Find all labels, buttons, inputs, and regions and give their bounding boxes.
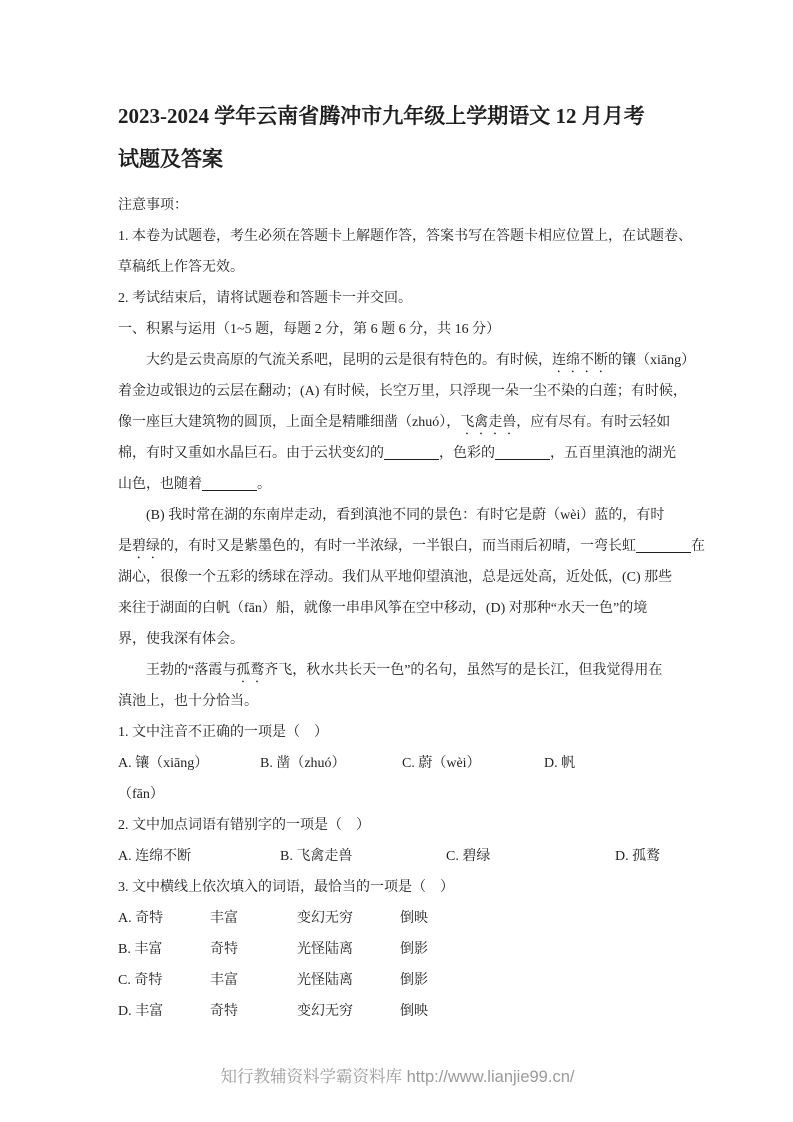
doc-line: 2. 文中加点词语有错别字的一项是（ ）: [118, 810, 677, 841]
text-run: 1. 文中注音不正确的一项是（ ）: [118, 725, 328, 740]
document-body: 注意事项：1. 本卷为试题卷，考生必须在答题卡上解题作答，答案书写在答题卡相应位…: [118, 190, 677, 1027]
text-run: ，色彩的: [439, 446, 495, 461]
doc-line: 来往于湖面的白帆（fān）船，就像一串串风筝在空中移动，(D) 对那种“水天一色…: [118, 593, 677, 624]
text-run: 3. 文中横线上依次填入的词语，最恰当的一项是（ ）: [118, 880, 454, 895]
option-cell: A. 奇特: [118, 903, 210, 934]
doc-line: 山色，也随着。: [118, 469, 677, 500]
text-run: (B) 我时常在湖的东南岸走动，看到滇池不同的景色：有时它是蔚（wèi）蓝的，有…: [146, 508, 664, 523]
option-cell: 变幻无穷: [297, 996, 400, 1027]
text-run: 滇池上，也十分恰当。: [118, 694, 258, 709]
option-cell: C. 奇特: [118, 965, 210, 996]
doc-line: 棉，有时又重如水晶巨石。由于云状变幻的，色彩的，五百里滇池的湖光: [118, 438, 677, 469]
doc-line: (B) 我时常在湖的东南岸走动，看到滇池不同的景色：有时它是蔚（wèi）蓝的，有…: [118, 500, 677, 531]
text-run: 棉，有时又重如水晶巨石。由于云状变幻的: [118, 446, 384, 461]
option-row: B. 丰富奇特光怪陆离倒影: [118, 934, 677, 965]
footer-text: 知行教辅资料学霸资料库 http://www.lianjie99.cn/: [118, 1064, 677, 1090]
page-title: 2023-2024 学年云南省腾冲市九年级上学期语文 12 月月考 试题及答案: [118, 95, 677, 181]
exam-document-page: 2023-2024 学年云南省腾冲市九年级上学期语文 12 月月考 试题及答案 …: [0, 0, 793, 1122]
emphasized-text: 碧绿: [132, 539, 160, 554]
doc-line: 王勃的“落霞与孤鹜齐飞，秋水共长天一色”的名句，虽然写的是长江，但我觉得用在: [118, 655, 677, 686]
text-run: （fān）: [118, 787, 164, 802]
option-row: A. 镶（xiāng）B. 凿（zhuó）C. 蔚（wèi）D. 帆: [118, 748, 677, 779]
text-run: 湖心，很像一个五彩的绣球在浮动。我们从平地仰望滇池，总是远处高，近处低，(C) …: [118, 570, 672, 585]
doc-line: 注意事项：: [118, 190, 677, 221]
text-run: 山色，也随着: [118, 477, 202, 492]
option-cell: D. 帆: [544, 748, 575, 779]
option-cell: 奇特: [210, 996, 297, 1027]
doc-line: 湖心，很像一个五彩的绣球在浮动。我们从平地仰望滇池，总是远处高，近处低，(C) …: [118, 562, 677, 593]
text-run: 1. 本卷为试题卷，考生必须在答题卡上解题作答，答案书写在答题卡相应位置上，在试…: [118, 229, 692, 244]
option-cell: A. 连绵不断: [118, 841, 280, 872]
text-run: 着金边或银边的云层在翻动；(A) 有时候，长空万里，只浮现一朵一尘不染的白莲；有…: [118, 384, 687, 399]
doc-line: 草稿纸上作答无效。: [118, 252, 677, 283]
option-row: C. 奇特丰富光怪陆离倒影: [118, 965, 677, 996]
emphasized-text: 连绵不断: [552, 353, 608, 368]
option-cell: 倒影: [400, 934, 428, 965]
text-run: 2. 文中加点词语有错别字的一项是（ ）: [118, 818, 370, 833]
doc-line: 一、积累与运用（1~5 题，每题 2 分，第 6 题 6 分，共 16 分）: [118, 314, 677, 345]
text-run: 界，使我深有体会。: [118, 632, 244, 647]
option-cell: C. 蔚（wèi）: [402, 748, 544, 779]
option-cell: 倒影: [400, 965, 428, 996]
option-cell: B. 凿（zhuó）: [260, 748, 402, 779]
doc-line: 1. 文中注音不正确的一项是（ ）: [118, 717, 677, 748]
doc-line: 3. 文中横线上依次填入的词语，最恰当的一项是（ ）: [118, 872, 677, 903]
text-run: ，五百里滇池的湖光: [550, 446, 676, 461]
option-cell: 倒映: [400, 903, 428, 934]
answer-blank: [384, 446, 439, 460]
option-cell: 倒映: [400, 996, 428, 1027]
text-run: 齐飞，秋水共长天一色”的名句，虽然写的是长江，但我觉得用在: [264, 663, 662, 678]
text-run: 来往于湖面的白帆（fān）船，就像一串串风筝在空中移动，(D) 对那种“水天一色…: [118, 601, 647, 616]
doc-line: 2. 考试结束后，请将试题卷和答题卡一并交回。: [118, 283, 677, 314]
option-row: A. 连绵不断B. 飞禽走兽C. 碧绿D. 孤鹜: [118, 841, 677, 872]
doc-line: （fān）: [118, 779, 677, 810]
page-title-line-2: 试题及答案: [118, 138, 677, 181]
option-cell: 丰富: [210, 903, 297, 934]
answer-blank: [636, 539, 691, 553]
text-run: 像一座巨大建筑物的圆顶，上面全是精雕细凿（zhuó），: [118, 415, 460, 430]
text-run: 2. 考试结束后，请将试题卷和答题卡一并交回。: [118, 291, 412, 306]
text-run: 注意事项：: [118, 198, 188, 213]
option-cell: B. 丰富: [118, 934, 210, 965]
option-cell: B. 飞禽走兽: [280, 841, 446, 872]
doc-line: 大约是云贵高原的气流关系吧，昆明的云是很有特色的。有时候，连绵不断的镶（xiān…: [118, 345, 677, 376]
option-cell: D. 丰富: [118, 996, 210, 1027]
option-row: A. 奇特丰富变幻无穷倒映: [118, 903, 677, 934]
option-cell: 丰富: [210, 965, 297, 996]
doc-line: 界，使我深有体会。: [118, 624, 677, 655]
option-cell: 变幻无穷: [297, 903, 400, 934]
answer-blank: [495, 446, 550, 460]
text-run: 大约是云贵高原的气流关系吧，昆明的云是很有特色的。有时候，: [146, 353, 552, 368]
text-run: 一、积累与运用（1~5 题，每题 2 分，第 6 题 6 分，共 16 分）: [118, 322, 500, 337]
option-cell: A. 镶（xiāng）: [118, 748, 260, 779]
doc-line: 1. 本卷为试题卷，考生必须在答题卡上解题作答，答案书写在答题卡相应位置上，在试…: [118, 221, 677, 252]
text-run: ，应有尽有。有时云轻如: [516, 415, 670, 430]
option-cell: 光怪陆离: [297, 934, 400, 965]
text-run: 的镶（xiāng）: [608, 353, 695, 368]
text-run: 。: [257, 477, 271, 492]
text-run: 的，有时又是紫墨色的，有时一半浓绿，一半银白，而当雨后初晴，一弯长虹: [160, 539, 636, 554]
text-run: 是: [118, 539, 132, 554]
option-cell: D. 孤鹜: [615, 841, 660, 872]
emphasized-text: 飞禽走兽: [460, 415, 516, 430]
option-row: D. 丰富奇特变幻无穷倒映: [118, 996, 677, 1027]
doc-line: 像一座巨大建筑物的圆顶，上面全是精雕细凿（zhuó），飞禽走兽，应有尽有。有时云…: [118, 407, 677, 438]
option-cell: 光怪陆离: [297, 965, 400, 996]
option-cell: 奇特: [210, 934, 297, 965]
answer-blank: [202, 477, 257, 491]
page-title-line-1: 2023-2024 学年云南省腾冲市九年级上学期语文 12 月月考: [118, 95, 677, 138]
text-run: 在: [691, 539, 705, 554]
doc-line: 着金边或银边的云层在翻动；(A) 有时候，长空万里，只浮现一朵一尘不染的白莲；有…: [118, 376, 677, 407]
option-cell: C. 碧绿: [446, 841, 615, 872]
emphasized-text: 孤鹜: [236, 663, 264, 678]
doc-line: 是碧绿的，有时又是紫墨色的，有时一半浓绿，一半银白，而当雨后初晴，一弯长虹在: [118, 531, 677, 562]
text-run: 草稿纸上作答无效。: [118, 260, 244, 275]
text-run: 王勃的“落霞与: [146, 663, 236, 678]
doc-line: 滇池上，也十分恰当。: [118, 686, 677, 717]
